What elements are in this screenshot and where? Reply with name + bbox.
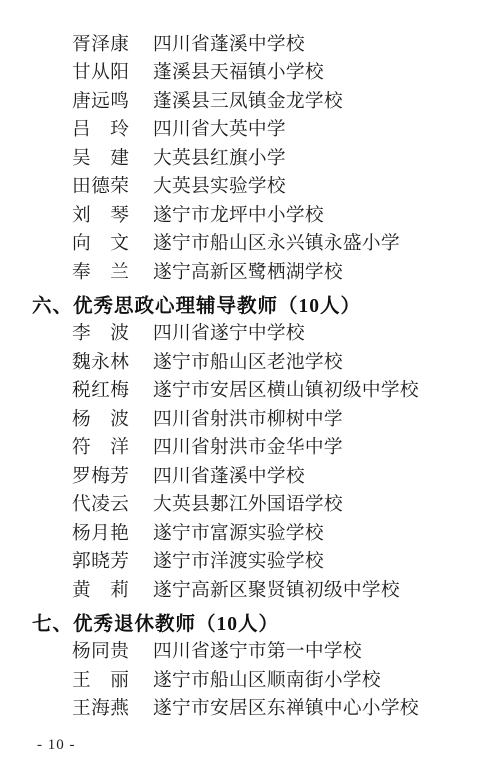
teacher-name: 刘琴	[72, 207, 129, 226]
document-page: 胥泽康 四川省蓬溪中学校 甘从阳 蓬溪县天福镇小学校 唐远鸣 蓬溪县三凤镇金龙学…	[0, 0, 498, 780]
teacher-row: 魏永林 遂宁市船山区老池学校	[0, 349, 498, 378]
teacher-name: 魏永林	[72, 354, 129, 373]
school-name: 遂宁市洋渡实验学校	[153, 553, 324, 572]
school-name: 遂宁市富源实验学校	[153, 525, 324, 544]
teacher-name: 甘从阳	[72, 64, 129, 83]
school-name: 遂宁市安居区东禅镇中心小学校	[153, 700, 419, 719]
teacher-row: 符洋 四川省射洪市金华中学	[0, 435, 498, 464]
teacher-row: 唐远鸣 蓬溪县三凤镇金龙学校	[0, 88, 498, 117]
school-name: 四川省遂宁中学校	[153, 325, 305, 344]
teacher-name: 奉兰	[72, 264, 129, 283]
school-name: 遂宁高新区聚贤镇初级中学校	[153, 582, 400, 601]
teacher-row: 罗梅芳 四川省蓬溪中学校	[0, 463, 498, 492]
school-name: 四川省大英中学	[153, 121, 286, 140]
teacher-row: 杨波 四川省射洪市柳树中学	[0, 406, 498, 435]
teacher-name: 田德荣	[72, 178, 129, 197]
teacher-name: 胥泽康	[72, 36, 129, 55]
teacher-name: 杨月艳	[72, 525, 129, 544]
teacher-name: 罗梅芳	[72, 468, 129, 487]
teacher-name: 向文	[72, 235, 129, 254]
teacher-name: 杨波	[72, 411, 129, 430]
school-name: 蓬溪县三凤镇金龙学校	[153, 93, 343, 112]
teacher-name: 代凌云	[72, 496, 129, 515]
school-name: 蓬溪县天福镇小学校	[153, 64, 324, 83]
page-number: - 10 -	[37, 737, 76, 754]
teacher-name: 黄莉	[72, 582, 129, 601]
teacher-row: 田德荣 大英县实验学校	[0, 174, 498, 203]
teacher-row: 代凌云 大英县郪江外国语学校	[0, 492, 498, 521]
teacher-row: 李波 四川省遂宁中学校	[0, 321, 498, 350]
teacher-row: 王丽 遂宁市船山区顺南街小学校	[0, 667, 498, 696]
school-name: 遂宁市安居区横山镇初级中学校	[153, 382, 419, 401]
teacher-row: 吴建 大英县红旗小学	[0, 145, 498, 174]
teacher-name: 王海燕	[72, 700, 129, 719]
school-name: 四川省射洪市金华中学	[153, 439, 343, 458]
teacher-name: 税红梅	[72, 382, 129, 401]
school-name: 遂宁市船山区永兴镇永盛小学	[153, 235, 400, 254]
school-name: 遂宁市龙坪中小学校	[153, 207, 324, 226]
school-name: 遂宁高新区鹭栖湖学校	[153, 264, 343, 283]
school-name: 四川省蓬溪中学校	[153, 468, 305, 487]
school-name: 大英县红旗小学	[153, 150, 286, 169]
award-list-continued: 胥泽康 四川省蓬溪中学校 甘从阳 蓬溪县天福镇小学校 唐远鸣 蓬溪县三凤镇金龙学…	[0, 31, 498, 288]
school-name: 四川省射洪市柳树中学	[153, 411, 343, 430]
teacher-name: 唐远鸣	[72, 93, 129, 112]
teacher-row: 刘琴 遂宁市龙坪中小学校	[0, 202, 498, 231]
award-list-section-six: 李波 四川省遂宁中学校 魏永林 遂宁市船山区老池学校 税红梅 遂宁市安居区横山镇…	[0, 321, 498, 606]
teacher-name: 王丽	[72, 672, 129, 691]
school-name: 四川省蓬溪中学校	[153, 36, 305, 55]
teacher-row: 郭晓芳 遂宁市洋渡实验学校	[0, 549, 498, 578]
teacher-name: 杨同贵	[72, 643, 129, 662]
teacher-row: 黄莉 遂宁高新区聚贤镇初级中学校	[0, 577, 498, 606]
section-heading-seven: 七、优秀退休教师（10人）	[0, 606, 498, 639]
award-list-section-seven: 杨同贵 四川省遂宁市第一中学校 王丽 遂宁市船山区顺南街小学校 王海燕 遂宁市安…	[0, 639, 498, 725]
section-heading-six: 六、优秀思政心理辅导教师（10人）	[0, 288, 498, 321]
teacher-name: 郭晓芳	[72, 553, 129, 572]
teacher-row: 向文 遂宁市船山区永兴镇永盛小学	[0, 231, 498, 260]
teacher-row: 胥泽康 四川省蓬溪中学校	[0, 31, 498, 60]
teacher-row: 杨月艳 遂宁市富源实验学校	[0, 520, 498, 549]
school-name: 遂宁市船山区老池学校	[153, 354, 343, 373]
teacher-row: 杨同贵 四川省遂宁市第一中学校	[0, 639, 498, 668]
teacher-name: 符洋	[72, 439, 129, 458]
teacher-name: 吕玲	[72, 121, 129, 140]
teacher-row: 吕玲 四川省大英中学	[0, 117, 498, 146]
teacher-row: 甘从阳 蓬溪县天福镇小学校	[0, 60, 498, 89]
teacher-row: 税红梅 遂宁市安居区横山镇初级中学校	[0, 378, 498, 407]
school-name: 大英县郪江外国语学校	[153, 496, 343, 515]
teacher-row: 王海燕 遂宁市安居区东禅镇中心小学校	[0, 696, 498, 725]
teacher-name: 李波	[72, 325, 129, 344]
teacher-row: 奉兰 遂宁高新区鹭栖湖学校	[0, 259, 498, 288]
teacher-name: 吴建	[72, 150, 129, 169]
school-name: 大英县实验学校	[153, 178, 286, 197]
school-name: 遂宁市船山区顺南街小学校	[153, 672, 381, 691]
school-name: 四川省遂宁市第一中学校	[153, 643, 362, 662]
